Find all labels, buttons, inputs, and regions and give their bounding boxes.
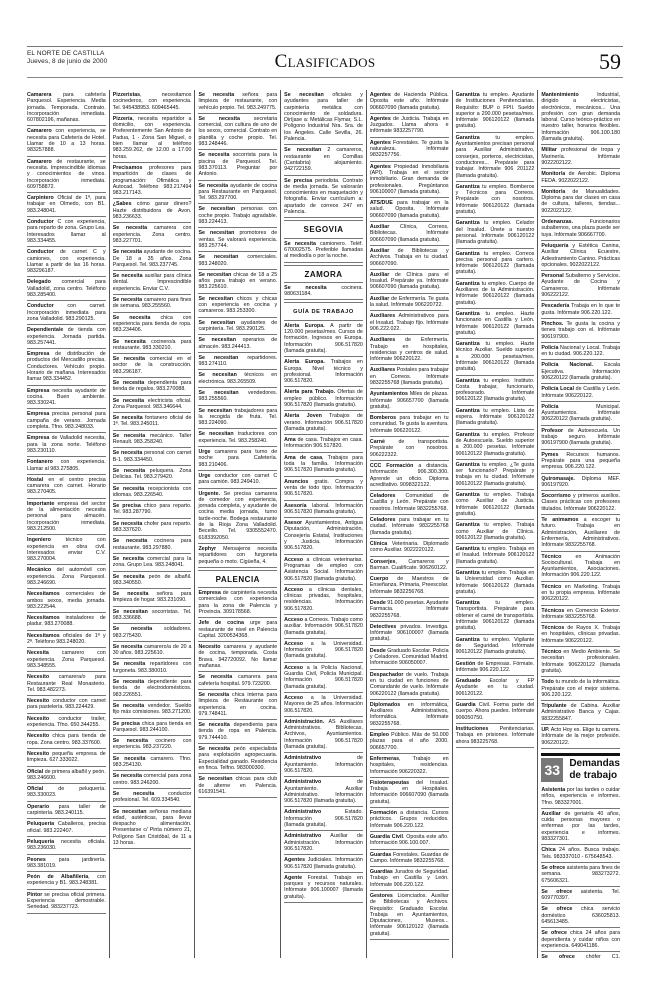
classified-ad: Se necesita vendedor. Sueldo fijo más co…	[113, 701, 192, 719]
ad-lead: Auxiliar	[370, 224, 389, 230]
classified-ad: Peluquería Caballeros, precisa oficial. …	[27, 819, 106, 837]
classified-ad: Agentes de Justicia. Trabaja en Juzgados…	[370, 114, 449, 138]
classified-ad: Se necesita dependienta para tienda de r…	[198, 720, 277, 744]
ad-lead: Garantiza	[456, 462, 480, 468]
ad-lead: Se necesita	[113, 339, 146, 345]
ad-lead: Formación	[370, 810, 397, 816]
ad-lead: Celadores	[370, 493, 396, 499]
ad-lead: Se ofrece	[541, 906, 572, 912]
classified-ad: Auxiliar de geriatría 40 años, cuida per…	[541, 809, 620, 845]
ad-lead: Se necesita	[113, 225, 147, 231]
ad-lead: Se necesita	[113, 626, 153, 632]
section-banner-demandas: 33Demandasde trabajo	[541, 753, 620, 782]
ad-lead: Militar	[541, 147, 557, 153]
classified-ad: Personal Subalterno y Servicios. Ayudant…	[541, 271, 620, 301]
ad-lead: Zephyr	[198, 546, 216, 552]
ad-lead: Cuerpo	[370, 576, 389, 582]
classified-ad: Formación a distancia. Cursos prácticos.…	[370, 808, 449, 832]
section-title: Clasificados	[27, 51, 623, 73]
classified-ad: Ama de casa, Trabajos para toda la famil…	[284, 453, 363, 477]
ad-lead: Necesitamos	[27, 633, 60, 639]
classified-ad: Conductor con carnet. Incorporación inme…	[27, 301, 106, 325]
ad-lead: Técnico	[541, 584, 561, 590]
ad-lead: Se necesitan	[113, 609, 148, 615]
classified-ad: Auxiliar Clínica, Correos, Bibliotecas. …	[370, 222, 449, 246]
ad-lead: Clínica	[370, 541, 387, 547]
classified-ad: Ordenanzas. Funcionarios subalternos, un…	[541, 217, 620, 241]
classified-ad: Se necesita socorrista para la piscina d…	[198, 150, 277, 180]
classified-ad: Garantiza tu empleo. Profesor de Autoesc…	[456, 430, 535, 460]
ad-lead: Necesito	[27, 716, 49, 722]
ad-lead: Se necesita	[284, 241, 316, 247]
ad-lead: Guardia	[456, 702, 476, 708]
classified-ad: Policía Nacional. Escala Ejecutiva. Info…	[541, 360, 620, 384]
classified-ad: Técnico en Animación Sociocultural. Trab…	[541, 552, 620, 582]
classified-ad: Se necesitan señoras mediana edad, autén…	[113, 807, 192, 850]
ad-text: tu mundo de la informática. Prepárate co…	[541, 679, 620, 698]
ad-lead: Se necesita	[198, 722, 229, 728]
ad-lead: Se necesitan	[113, 809, 147, 815]
ad-lead: Se precisa	[113, 721, 140, 727]
classified-ad: Garantiza tu empleo. Ayuntamientos preci…	[456, 133, 535, 182]
region-heading: SEGOVIA	[284, 220, 363, 238]
classified-ad: Gestores Licenciados. Auxiliar de Biblio…	[370, 891, 449, 940]
region-heading: PALENCIA	[198, 570, 277, 588]
ad-lead: ¿Sabes	[113, 201, 132, 207]
classified-ad: Garantiza tu empleo. Hazte técnico Auxil…	[456, 339, 535, 375]
ad-lead: Gestión	[456, 661, 476, 667]
ad-lead: Se necesitan	[198, 272, 231, 278]
classified-ad: Empresa de carpintería necesita comercia…	[198, 588, 277, 618]
ad-lead: Auxiliares	[370, 313, 395, 319]
classified-ad: Se necesitan 2 camareros, restaurante en…	[284, 145, 363, 175]
ad-lead: Se necesita	[113, 415, 143, 421]
classified-ad: Garantiza tu empleo. Trabaja en el Insal…	[456, 544, 535, 568]
ad-lead: Técnico	[541, 649, 561, 655]
classified-ad: Acceso a Correos. Trabajo como auxiliar.…	[284, 615, 363, 639]
ad-lead: Anuncios	[284, 479, 308, 485]
ad-lead: Auxiliares	[370, 337, 395, 343]
classified-ad: Se ofrece chica 24 años para dependienta…	[541, 928, 620, 952]
ad-lead: Necesito	[27, 674, 49, 680]
ad-lead: Administrativo	[284, 833, 321, 839]
ad-lead: Se necesita	[113, 315, 151, 321]
ad-lead: Se necesita	[113, 756, 146, 762]
classified-ad: Peluquería y Estética Canina, Auxiliar C…	[541, 241, 620, 271]
ad-lead: Dependienta/e	[27, 327, 63, 333]
classified-ad: Acceso a la Policía Nacional, Guardia Ci…	[284, 663, 363, 693]
ad-lead: Pescadería	[541, 303, 569, 309]
ad-lead: Garantiza	[456, 570, 480, 576]
classified-ad: Operario para taller de carpintería. 983…	[27, 802, 106, 820]
ad-lead: Agentes	[370, 164, 391, 170]
classified-ad: Bomberos para trabajar en tu comunidad. …	[370, 413, 449, 437]
classified-ad: Desde 91.000 pesetas. Ayudante Farmacia.…	[370, 598, 449, 622]
ad-lead: Garantiza	[456, 220, 480, 226]
ad-lead: Jefe de cocina	[198, 620, 244, 626]
classified-ad: Se necesita camarero. Tfno. 983.254130.	[113, 754, 192, 772]
ad-lead: Diplomados	[370, 702, 400, 708]
classified-ad: Necesita camarero con experiencia. Zona …	[27, 648, 106, 672]
classified-ad: Guardas Forestales. Guardas de Campo. In…	[370, 850, 449, 868]
ad-lead: Policía Nacional.	[541, 362, 593, 368]
ad-lead: Ordenanzas.	[541, 219, 573, 225]
column-2: Pizzeristas, necesitamos cocinederos, co…	[110, 90, 196, 958]
section-banner-title: Demandasde trabajo	[563, 756, 620, 782]
classified-ad: Se necesitan vendedores. 983.255560.	[198, 388, 277, 406]
classified-ad: Urge camarera para turno de noche para C…	[198, 447, 277, 471]
classified-ad: Se necesita peón especialista para explo…	[198, 744, 277, 774]
ad-lead: Se ofrece	[541, 865, 565, 871]
ad-text: señoras mediana edad, auténticas, para l…	[113, 809, 192, 846]
classified-ad: Zephyr Mensajeros necesita repartidores …	[198, 544, 277, 568]
ad-lead: Agentes	[284, 857, 305, 863]
classified-ad: Auxiliar de Bibliotecas y Archivos. Trab…	[370, 246, 449, 270]
ad-lead: Se necesitan	[198, 390, 238, 396]
ad-lead: Policía	[541, 404, 558, 410]
classified-ad: Se necesita cocinero/a para restaurante.…	[113, 337, 192, 355]
classified-ad: Delegado comercial para Valladolid, zona…	[27, 277, 106, 301]
classified-ad: Importante empresa del sector de la alim…	[27, 499, 106, 535]
classified-ad: Se necesita personal con carnet B-1. 983…	[113, 448, 192, 466]
ad-lead: Garantiza	[456, 251, 480, 257]
classified-ad: Garantiza tu empleo. Vigilante de Seguri…	[456, 635, 535, 659]
ad-text: Se precisa camarera de comedor con exper…	[198, 491, 277, 541]
classified-ad: Se necesita conductor profesional. Tel. …	[113, 789, 192, 807]
classified-ad: Necesito pequeña empresa de limpieza. 62…	[27, 749, 106, 767]
ad-lead: Garantiza	[456, 546, 480, 552]
classified-ad: Se necesita cocinera para restaurante. 9…	[113, 536, 192, 554]
ad-lead: Se necesita	[113, 661, 145, 667]
ad-lead: Garantiza	[456, 522, 480, 528]
ad-lead: Gestores	[370, 893, 393, 899]
classified-ad: Camarero con experiencia, se necesita pa…	[27, 126, 106, 156]
classified-ad: Mantenimiento Industrial, dirigido a ele…	[541, 90, 620, 145]
classified-ad: Pintor se precisa oficial primera. Exper…	[27, 890, 106, 914]
classified-ad: Se necesita comercial en el sector de la…	[113, 354, 192, 378]
ad-lead: Se necesita	[113, 398, 144, 404]
classified-ad: Graduado Escolar y FP Ayudante en tu ciu…	[456, 676, 535, 700]
ad-lead: Se necesita	[113, 297, 142, 303]
classified-ad: Conductor de carnet C y camiones, con ex…	[27, 247, 106, 277]
ad-lead: Policía Local	[541, 386, 574, 392]
ad-lead: Celadores	[370, 517, 396, 523]
classified-ad: Policía Municipal. Ayuntamientos. Infórm…	[541, 402, 620, 426]
ad-lead: Técnicos	[541, 608, 564, 614]
classified-ad: Acceso a clínicas dentales, clínicas pri…	[284, 585, 363, 615]
classified-ad: Tripulante de Cabina. Auxiliar Administr…	[541, 701, 620, 725]
column-3: Se necesita señora para limpieza de rest…	[195, 90, 281, 958]
classified-ad: Asistenta por las tardes o cuidar niños,…	[541, 785, 620, 809]
ad-lead: Todo	[541, 679, 554, 685]
ad-lead: Camarero	[27, 159, 52, 165]
classified-ad: Se necesita dependiente para tienda de e…	[113, 677, 192, 701]
ad-text: oficiales y ayudantes para taller de car…	[284, 92, 363, 142]
ad-lead: Oficial	[27, 786, 43, 792]
classified-ad: Técnico en Marketing. Trabaja en tu prop…	[541, 582, 620, 606]
classified-ad: Se necesita dependienta para tienda de r…	[113, 378, 192, 396]
ad-lead: Pinchos.	[541, 321, 563, 327]
classified-ad: Militar profesional de tropa y Marinería…	[541, 145, 620, 169]
classified-ad: Garantiza tu empleo. Trabaja como Auxili…	[456, 490, 535, 520]
ad-lead: Ama	[284, 437, 295, 443]
classified-ad: Camarera para cafetería Parquesol. Exper…	[27, 90, 106, 126]
classified-ad: Se necesitan ayudantes de carpintería. T…	[198, 318, 277, 336]
classified-ad: Administrativo de Ayuntamiento. Auxiliar…	[284, 777, 363, 807]
ad-lead: Acceso	[284, 587, 303, 593]
classified-ad: Camarero de restaurante, se necesita. Im…	[27, 157, 106, 193]
ad-lead: Carpintero	[27, 195, 54, 201]
ad-lead: Se ofrece	[541, 889, 572, 895]
classified-ad: Se ofrece chófer C1. 609450071.	[541, 952, 620, 958]
ad-lead: Se necesitan	[198, 776, 232, 782]
ad-lead: Fisioterapeutas	[370, 780, 409, 786]
ad-lead: Se necesita	[198, 116, 240, 122]
ad-lead: Importante	[27, 501, 54, 507]
classified-ad: Administración. AS Auxiliares Administra…	[284, 717, 363, 753]
ad-lead: Despachador	[370, 672, 404, 678]
classified-ad: Se necesita recepcionista con idiomas. 9…	[113, 484, 192, 502]
classified-ad: Necesito chica para tienda de ropa. Zona…	[27, 731, 106, 749]
ad-lead: Agentes	[370, 116, 391, 122]
ad-lead: Garantiza	[456, 432, 480, 438]
classified-ad: CCC Formación a distancia. Información 9…	[370, 461, 449, 491]
classified-ad: Te animamos a escoger tu futuro. Trabaja…	[541, 515, 620, 551]
ad-lead: Conductor	[27, 249, 54, 255]
classified-ad: Pescadería Trabaja en lo que te gusta. I…	[541, 301, 620, 319]
ad-lead: Bomberos	[370, 415, 396, 421]
classified-ad: Urge conductor con carnet C para camión.…	[198, 471, 277, 489]
classified-ad: Se necesitan trabajadores para la recogi…	[198, 406, 277, 430]
classified-ad: Celadores para trabajar en tu ciudad. In…	[370, 515, 449, 539]
ad-lead: Se necesita	[113, 380, 144, 386]
classified-ad: Peón de Albañilería, con experiencia y B…	[27, 872, 106, 890]
classified-ad: Anuncios gratis. Compra y venta de todo …	[284, 477, 363, 501]
classified-ad: Necesito conductor con carnet para paste…	[27, 696, 106, 714]
classified-ad: Se necesita comercial para zona centro. …	[113, 771, 192, 789]
classified-ad: Carné de transportista. Prepárate con no…	[370, 437, 449, 461]
classified-ad: Conductor C con experiencia, para repart…	[27, 217, 106, 247]
ad-lead: Se necesita	[113, 486, 144, 492]
ad-lead: CCC Formación	[370, 463, 414, 469]
classified-ad: Se necesita camarera con experiencia. Zo…	[113, 223, 192, 247]
ad-lead: Alerta Joven	[284, 413, 322, 419]
classified-ad: Se necesitan repartidores. 983.274110.	[198, 353, 277, 371]
classified-ad: Se necesita peón de albañil. 983.340550.	[113, 572, 192, 590]
classified-ad: Se precisa chico para reparto. Tel. 983.…	[113, 501, 192, 519]
ad-lead: Empresa	[198, 590, 220, 596]
ad-lead: Graduado	[456, 678, 481, 684]
ad-lead: Se necesitan	[284, 147, 321, 153]
ad-lead: Auxiliar	[541, 811, 560, 817]
classified-ad: Enfermeras, Trabajo en hospitales, resid…	[370, 754, 449, 778]
ad-lead: Hostal	[27, 477, 43, 483]
classified-ad: Se necesita peluquera. Zona Delicias. Te…	[113, 466, 192, 484]
classified-ad: Hostal en el centro precisa camarera con…	[27, 475, 106, 499]
ad-lead: Administración.	[284, 719, 324, 725]
classified-ad: Administrativo Estado. Información 906.5…	[284, 807, 363, 831]
ad-lead: Necesito	[27, 733, 49, 739]
classified-ad: Mecánico del automóvil con experiencia. …	[27, 565, 106, 589]
classified-ad: Agentes Judiciales. Información 906.5178…	[284, 855, 363, 873]
page-number: 59	[599, 49, 621, 75]
ad-text: camarera para turno de noche para Cafete…	[198, 449, 277, 468]
classified-ad: Se necesita camarera para cafetería hosp…	[198, 672, 277, 690]
classified-ad: Pizzeristas, necesitamos cocinederos, co…	[113, 90, 192, 114]
classified-ad: Se necesita comercial para la zona. Grup…	[113, 554, 192, 572]
ad-lead: Se necesita	[113, 679, 144, 685]
classified-ad: Garantiza tu empleo. Trabaja en la Unive…	[456, 568, 535, 598]
ad-lead: Mantenimiento	[541, 92, 578, 98]
classified-ad: Detectives privados. Investiga. Infórmat…	[370, 622, 449, 646]
classified-ad: Guardias Jurados de Seguridad. Trabajo e…	[370, 867, 449, 891]
ad-lead: Auxiliar	[370, 272, 389, 278]
classified-ad: Cuerpo de Maestros de Enseñanza. Primari…	[370, 574, 449, 598]
classified-ad: Necesitamos oficiales de 1ª y 2ª. Teléfo…	[27, 631, 106, 649]
classified-ad: Garantiza tu empleo. Lista de espera. In…	[456, 406, 535, 430]
ad-text: periodista. Contrato de media jornada. S…	[284, 178, 363, 215]
ad-lead: Desde	[370, 600, 386, 606]
ad-lead: Se necesitan	[198, 320, 235, 326]
classified-ad: Empresa de Valladolid necesita, para la …	[27, 433, 106, 457]
ad-lead: Camarero	[27, 128, 52, 134]
ad-lead: Tripulante	[541, 703, 566, 709]
classified-ad: Se necesitan chicas de 18 a 25 años para…	[198, 270, 277, 294]
ad-lead: Chica	[541, 847, 555, 853]
classified-ad: Fontanero con experiencia. Llamar al 983…	[27, 457, 106, 475]
ad-lead: Acceso	[284, 695, 303, 701]
ad-lead: Enfermeras	[370, 756, 399, 762]
classified-ad: Chica 24 años. Busca trabajo. Tels. 9833…	[541, 845, 620, 863]
ad-lead: Empresa	[27, 351, 49, 357]
classified-ad: Técnicos en Comercio Exterior. Infórmate…	[541, 606, 620, 624]
classified-ad: Necesitamos comerciales de ambos sexos, …	[27, 589, 106, 613]
ad-lead: Necesita	[27, 650, 49, 656]
classified-ad: ATS/DUE para trabajar en la salud. Oposi…	[370, 198, 449, 222]
ad-lead: Oficial	[27, 769, 43, 775]
ad-lead: Operario	[27, 804, 49, 810]
column-6: Garantiza tu empleo. Ayudante de Institu…	[453, 90, 539, 958]
ad-lead: Se necesita	[113, 574, 145, 580]
classified-ad: Alerta Europa. A partir de 120.000 peset…	[284, 321, 363, 357]
ad-lead: Garantiza	[456, 92, 480, 98]
ad-lead: Precisamos	[113, 165, 143, 171]
classified-ad: Clínica Veterinaria. Diplomado como Auxi…	[370, 539, 449, 557]
classified-ad: Auxiliares de Enfermería. Trabajo en hos…	[370, 335, 449, 365]
ad-lead: Carné	[370, 439, 385, 445]
ad-lead: Garantiza	[456, 600, 480, 606]
ad-lead: Guardas	[370, 852, 392, 858]
ad-lead: Se necesitan	[198, 355, 238, 361]
classified-ad: Garantiza tu empleo. Correos precisa per…	[456, 249, 535, 279]
ad-lead: Te animamos	[541, 517, 578, 523]
classified-ad: Asesoría laboral. Información 906.517820…	[284, 501, 363, 519]
classified-ad: Agentes Propiedad Inmobiliaria (API). Tr…	[370, 162, 449, 198]
classified-ad: Se necesita señora para limpieza de rest…	[198, 90, 277, 114]
ad-lead: Garantiza	[456, 135, 480, 141]
ad-lead: Camarera	[27, 92, 51, 98]
classified-ad: Garantiza tu empleo. Bomberos y Técnicos…	[456, 182, 535, 218]
ad-lead: Urge	[198, 449, 210, 455]
classified-ad: Oficial de primera albañil y peón. 983.2…	[27, 767, 106, 785]
section-number-badge: 33	[541, 758, 563, 782]
ad-lead: Necesitamos	[27, 615, 60, 621]
ad-lead: Se necesita	[198, 152, 229, 158]
classified-ad: Urgente. Se precisa camarera de comedor …	[198, 489, 277, 544]
ad-lead: Ingeniero	[27, 537, 51, 543]
ad-lead: Peón de Albañilería	[27, 874, 88, 880]
classified-ad: Se necesita camionero. Teléf. 670002575.…	[284, 239, 363, 263]
classified-ad: Necesitamos instaladores de pladur. 983.…	[27, 613, 106, 631]
ad-text: conductor con carnet C para camión. 983.…	[198, 473, 277, 485]
ad-lead: Se necesita	[113, 591, 149, 597]
classified-ad: Empresa precisa personal para campaña de…	[27, 409, 106, 433]
classified-ad: Jefe de cocina urge para restaurante de …	[198, 618, 277, 642]
classified-ad: Peones para jardinería. 983.381019.	[27, 855, 106, 873]
classified-ad: Se necesita señora para limpieza de hoga…	[113, 589, 192, 607]
ad-lead: Garantiza	[456, 184, 480, 190]
ad-lead: Peluquería	[27, 839, 54, 845]
banner-title-line: Demandas	[569, 758, 620, 770]
classified-ad: Carpintero Oficial de 1ª, para trabajar …	[27, 193, 106, 217]
ad-lead: Se necesitan	[198, 230, 234, 236]
region-heading: ZAMORA	[284, 265, 363, 283]
ad-lead: Se necesitan	[198, 431, 233, 437]
classified-ad: Guardia Civil. Forma parte del cuerpo. A…	[456, 700, 535, 724]
ad-lead: Monitor/a	[541, 171, 565, 177]
ad-lead: Se necesitan	[198, 296, 233, 302]
classified-ad: Auxiliares Administrativos para el Insal…	[370, 311, 449, 335]
ad-text: Industrial, dirigido a electricistas, el…	[541, 92, 620, 142]
classified-ad: Auxiliar de Enfermería. Te gusta la salu…	[370, 294, 449, 312]
classified-ad: Se necesita cocinero con experiencia. 98…	[113, 736, 192, 754]
classified-ad: Profesor de Autoescuela. Un trabajo segu…	[541, 426, 620, 450]
classified-ad: Garantiza tu empleo. Transportista. Prep…	[456, 598, 535, 634]
classified-ad: Se necesitan operarios de almacén. 983.2…	[198, 335, 277, 353]
classified-ad: Monitor/a de Aerobic. Diploma FEDA. 9022…	[541, 169, 620, 187]
classified-ad: Garantiza tu empleo. Cuerpo de Auxiliare…	[456, 279, 535, 309]
ad-lead: Monitor/a	[541, 189, 565, 195]
ad-lead: Peluquería	[541, 243, 568, 249]
ad-lead: Socorrismo	[541, 493, 570, 499]
ad-lead: Garantiza	[456, 378, 480, 384]
classified-ad: Se precisa periodista. Contrato de media…	[284, 176, 363, 219]
classified-ad: Se necesitan chicas para club de alterne…	[198, 774, 277, 798]
ad-lead: Se precisa	[284, 178, 312, 184]
classified-ad: Peluquería necesita oficiala. 983.236030…	[27, 837, 106, 855]
ad-lead: Administrativo	[284, 755, 321, 761]
column-5: Agentes de Hacienda Pública. Oposita est…	[367, 90, 453, 958]
classified-ad: Se necesita camarero/a de 20 a 30 años. …	[113, 642, 192, 660]
classified-ad: Administrativo Auxiliar de Administració…	[284, 831, 363, 855]
classified-ad: Garantiza tu empleo. Hazte funcionario e…	[456, 309, 535, 339]
classified-ad: Administrativo de Ayuntamiento. Informac…	[284, 753, 363, 777]
ad-lead: Ayuntamientos	[370, 391, 408, 397]
ad-lead: Pintor	[27, 892, 42, 898]
classified-ad: Guardia Civil. Oposita este año. Informa…	[370, 832, 449, 850]
ad-lead: Se necesita	[113, 468, 145, 474]
classified-ad: Acceso a la Universidad. Mayores de 25 a…	[284, 693, 363, 717]
classified-ad: Se necesita chica interna para limpieza …	[198, 690, 277, 720]
classified-ad: Desde Graduado Escolar. Policía y Celado…	[370, 646, 449, 670]
ad-lead: Se necesitan	[198, 408, 232, 414]
classified-ad: Se necesita chofer para reparto. 983.337…	[113, 519, 192, 537]
ad-lead: Se necesita	[113, 521, 143, 527]
ad-lead: Necesito	[198, 644, 220, 650]
classified-ad: Auxiliar de Clínica para el Insalud. Pre…	[370, 270, 449, 294]
ad-lead: Administrativo	[284, 809, 321, 815]
column-1: Camarera para cafetería Parquesol. Exper…	[27, 90, 110, 958]
